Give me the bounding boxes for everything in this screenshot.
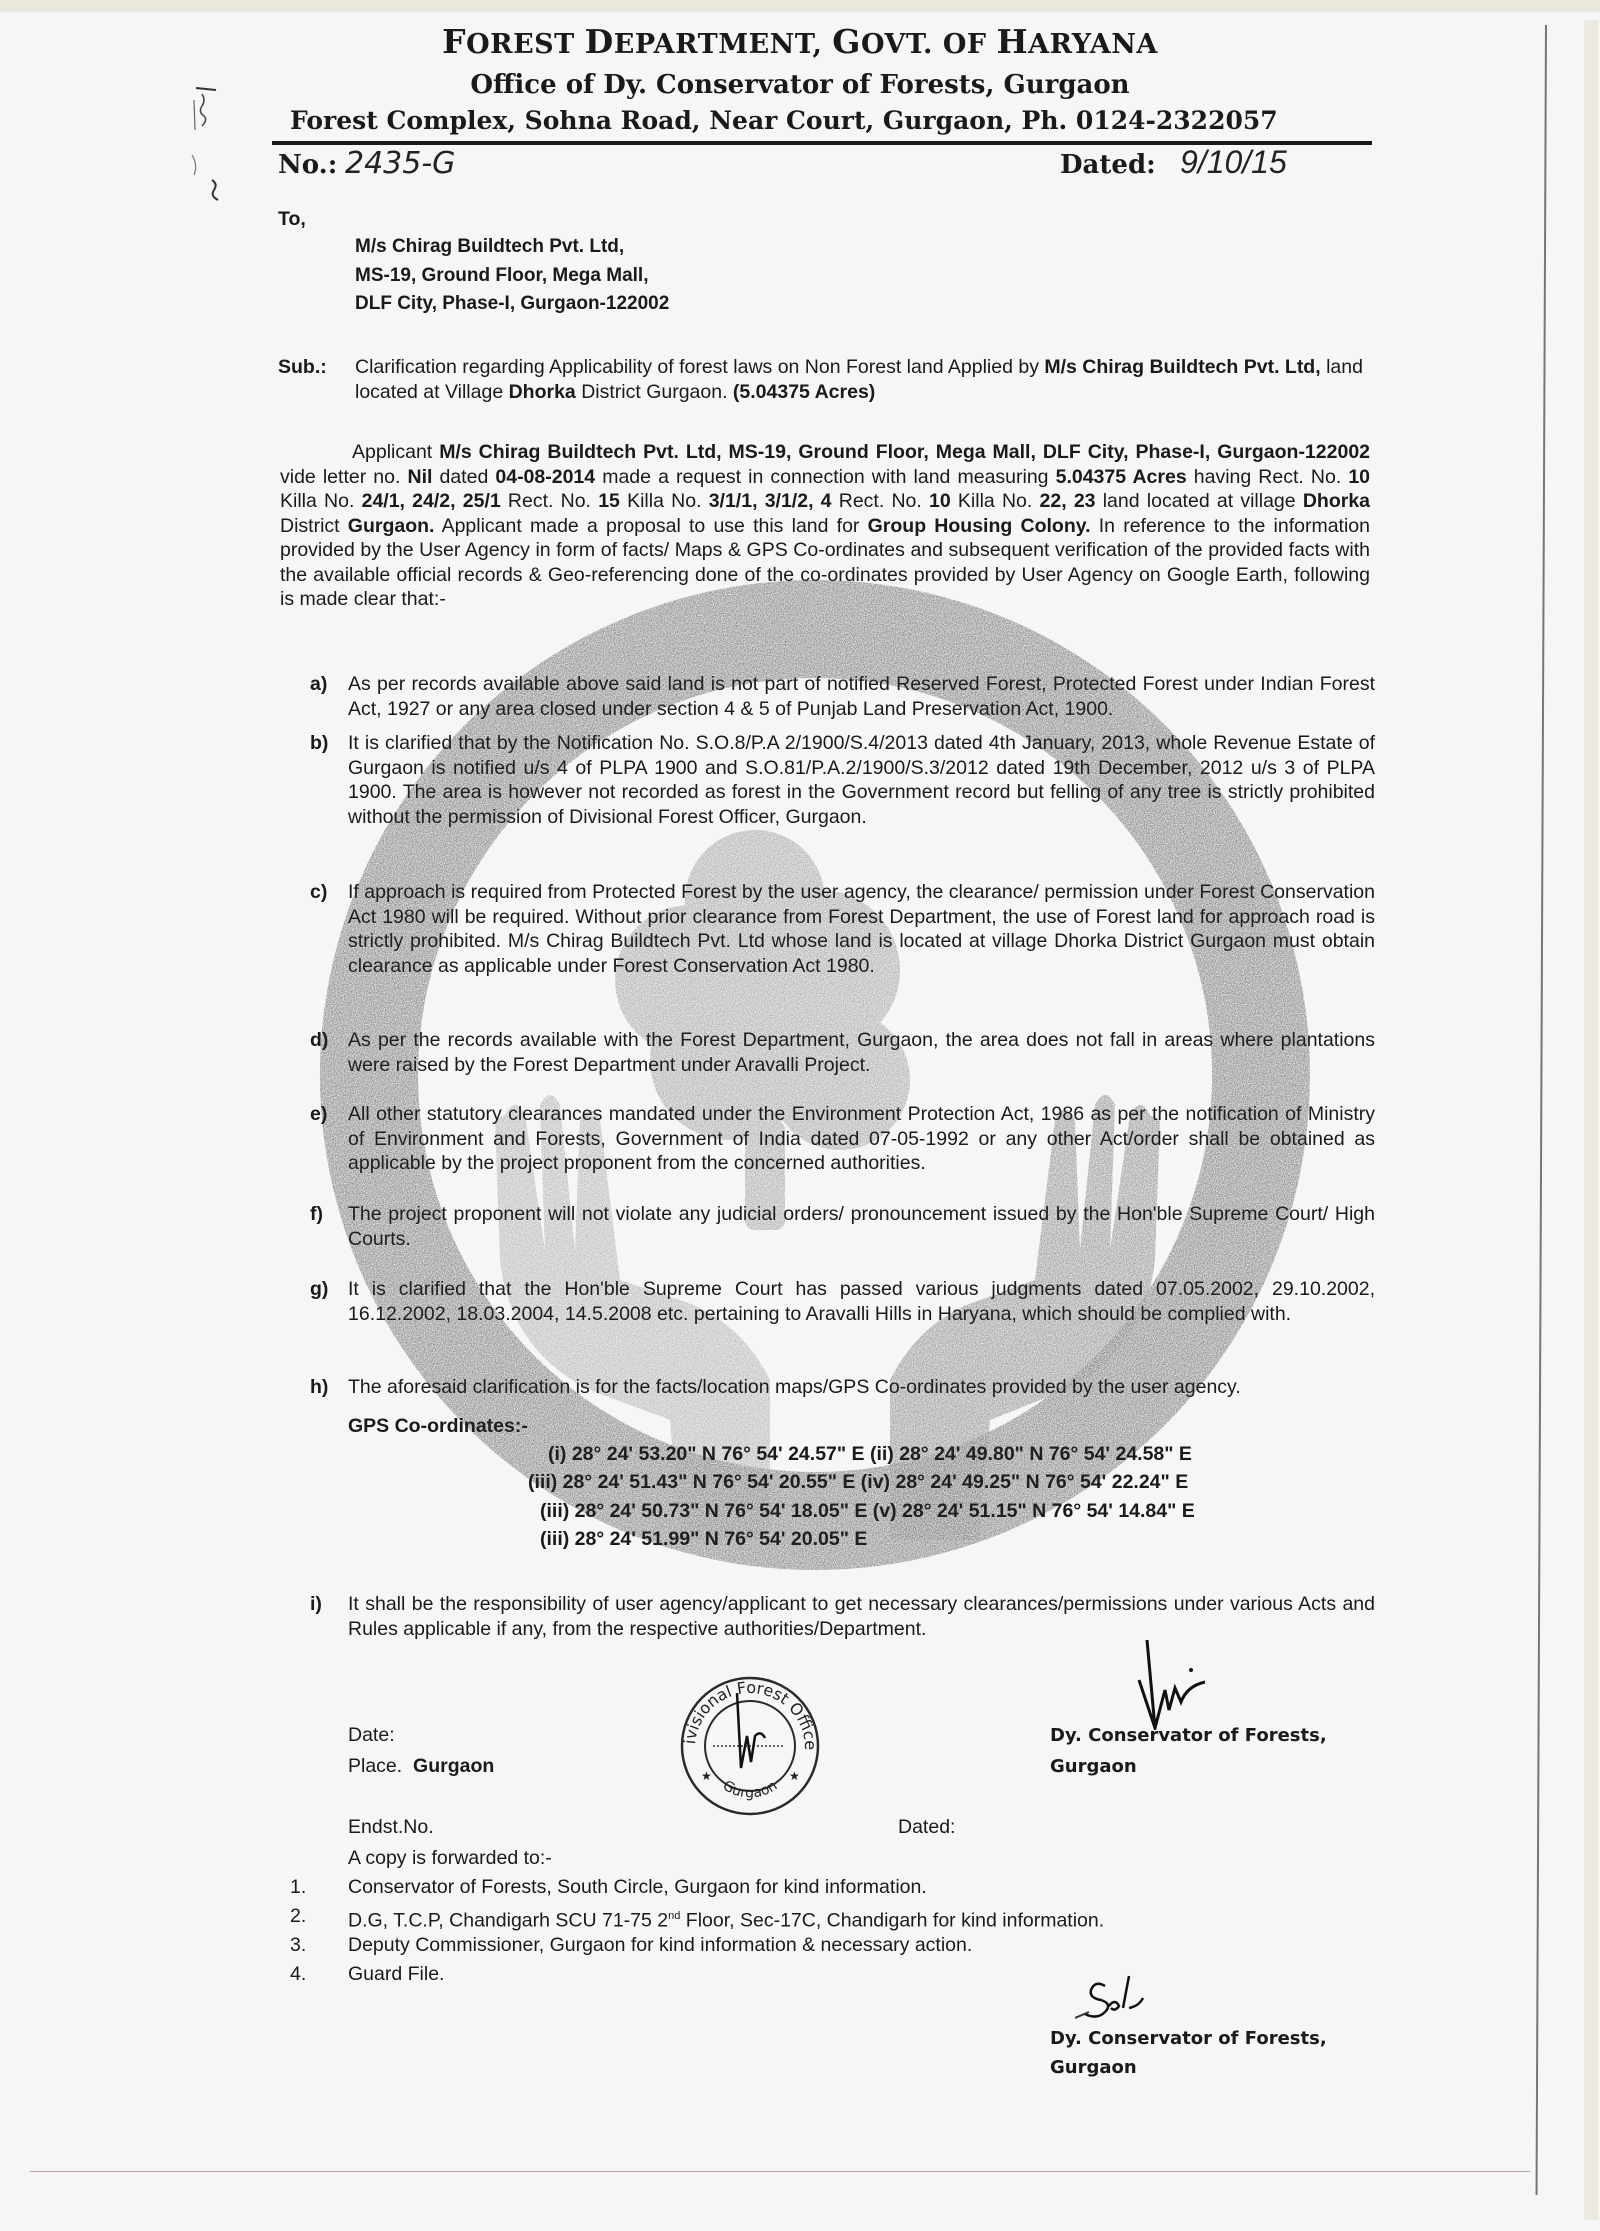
dated-handwritten: 9/10/15 (1180, 144, 1287, 181)
dept-name-cap: H (996, 22, 1028, 61)
gps-row: (i) 28° 24' 53.20" N 76° 54' 24.57" E (i… (548, 1443, 1192, 1466)
paragraph-segment: 10 (929, 490, 951, 512)
clause-c: c)If approach is required from Protected… (310, 880, 1375, 978)
endst-signatory-title: Dy. Conservator of Forests, (1050, 2023, 1327, 2054)
signature-sd (1075, 1972, 1155, 2022)
ref-no-handwritten: 2435-G (345, 146, 455, 181)
paragraph-segment: 10 (1348, 466, 1370, 488)
dept-name-smallcaps: OREST (466, 29, 585, 60)
divisional-forest-officer-stamp: Divisional Forest Officer Gurgaon ★ ★ (675, 1668, 825, 1818)
clause-text: The aforesaid clarification is for the f… (348, 1375, 1375, 1400)
paragraph-segment: Applicant made a proposal to use this la… (434, 515, 867, 537)
page-bottom-line (30, 2171, 1530, 2172)
paragraph-segment: 3/1/1, 3/1/2, 4 (709, 490, 832, 512)
office-address: Forest Complex, Sohna Road, Near Court, … (290, 106, 1278, 135)
clause-label: e) (310, 1102, 327, 1127)
paragraph-segment: Killa No. (951, 490, 1040, 512)
clause-i: i) It shall be the responsibility of use… (310, 1592, 1375, 1641)
paragraph-segment: having Rect. No. (1187, 466, 1349, 488)
clause-h: h)The aforesaid clarification is for the… (310, 1375, 1375, 1400)
svg-text:Gurgaon: Gurgaon (720, 1778, 781, 1802)
date-label: Date: (348, 1720, 395, 1751)
svg-text:★: ★ (789, 1769, 800, 1783)
forward-item: D.G, T.C.P, Chandigarh SCU 71-75 2nd Flo… (348, 1904, 1104, 1934)
subject-label: Sub.: (278, 355, 327, 380)
svg-text:★: ★ (701, 1769, 712, 1783)
clause-label: h) (310, 1375, 328, 1400)
clause-text: It is clarified that the Hon'ble Supreme… (348, 1277, 1375, 1326)
forward-item: Guard File. (348, 1962, 444, 1987)
ref-no-label: No.: (278, 150, 337, 180)
clause-b: b)It is clarified that by the Notificati… (310, 731, 1375, 829)
gps-label: GPS Co-ordinates:- (348, 1415, 528, 1438)
clause-text: It shall be the responsibility of user a… (348, 1592, 1375, 1641)
signature-dcf (1125, 1640, 1225, 1730)
forward-item-number: 1. (290, 1875, 306, 1900)
clause-text: As per the records available with the Fo… (348, 1028, 1375, 1077)
office-name: Office of Dy. Conservator of Forests, Gu… (0, 70, 1600, 100)
subject-village: Dhorka (509, 381, 576, 403)
paragraph-segment: Group Housing Colony. (868, 515, 1091, 537)
department-name: FOREST DEPARTMENT, GOVT. OF HARYANA (0, 22, 1600, 61)
paragraph-segment: 22, 23 (1040, 490, 1096, 512)
clause-label: a) (310, 672, 327, 697)
place-line: Place. Gurgaon (348, 1751, 494, 1782)
recipient-line: MS-19, Ground Floor, Mega Mall, (355, 265, 648, 287)
place-label: Place. (348, 1755, 402, 1777)
paragraph-segment: 15 (598, 490, 620, 512)
place-value: Gurgaon (413, 1755, 494, 1777)
endst-signatory-place: Gurgaon (1050, 2052, 1137, 2083)
gps-row: (iii) 28° 24' 50.73" N 76° 54' 18.05" E … (540, 1500, 1195, 1523)
forward-item-number: 3. (290, 1933, 306, 1958)
paragraph-segment: M/s Chirag Buildtech Pvt. Ltd, MS-19, Gr… (439, 441, 1370, 463)
paragraph-segment: 04-08-2014 (495, 466, 595, 488)
dated-label: Dated: (1060, 150, 1156, 180)
paragraph-segment: Gurgaon. (348, 515, 435, 537)
forward-label: A copy is forwarded to:- (348, 1846, 552, 1871)
clause-label: g) (310, 1277, 328, 1302)
paragraph-segment: Killa No. (280, 490, 362, 512)
dept-name-smallcaps: ARYANA (1028, 29, 1158, 60)
clause-label: i) (310, 1592, 322, 1617)
paragraph-segment: dated (432, 466, 495, 488)
paragraph-segment: Rect. No. (832, 490, 929, 512)
clause-text: The project proponent will not violate a… (348, 1202, 1375, 1251)
clause-text: It is clarified that by the Notification… (348, 731, 1375, 829)
paragraph-segment: made a request in connection with land m… (595, 466, 1055, 488)
subject-applicant: M/s Chirag Buildtech Pvt. Ltd, (1044, 356, 1320, 378)
paragraph-segment: Killa No. (620, 490, 709, 512)
forward-item: Conservator of Forests, South Circle, Gu… (348, 1875, 927, 1900)
scan-border-top (0, 0, 1600, 12)
dept-name-cap: D (585, 22, 614, 61)
paragraph-segment: Nil (407, 466, 432, 488)
forward-item-number: 4. (290, 1962, 306, 1987)
clause-a: a)As per records available above said la… (310, 672, 1375, 721)
clause-label: f) (310, 1202, 323, 1227)
page-edge-line (1536, 25, 1547, 2195)
paragraph-segment: 24/1, 24/2, 25/1 (362, 490, 501, 512)
clause-label: d) (310, 1028, 328, 1053)
clause-text: As per records available above said land… (348, 672, 1375, 721)
gps-row: (iii) 28° 24' 51.99" N 76° 54' 20.05" E (540, 1528, 867, 1551)
subject-part: District Gurgaon. (576, 381, 733, 403)
signatory-place: Gurgaon (1050, 1751, 1137, 1782)
clause-e: e)All other statutory clearances mandate… (310, 1102, 1375, 1176)
paragraph-segment: vide letter no. (280, 466, 407, 488)
clause-f: f)The project proponent will not violate… (310, 1202, 1375, 1251)
paragraph-segment: Applicant (352, 441, 439, 463)
forward-item-number: 2. (290, 1904, 306, 1929)
gps-row: (iii) 28° 24' 51.43" N 76° 54' 20.55" E … (528, 1471, 1188, 1494)
paragraph-segment: 5.04375 Acres (1056, 466, 1187, 488)
clause-d: d)As per the records available with the … (310, 1028, 1375, 1077)
endst-dated-label: Dated: (898, 1812, 955, 1843)
clause-g: g)It is clarified that the Hon'ble Supre… (310, 1277, 1375, 1326)
clause-text: All other statutory clearances mandated … (348, 1102, 1375, 1176)
paragraph-segment: Dhorka (1303, 490, 1370, 512)
dept-name-smallcaps: OVT. OF (861, 29, 997, 60)
dept-name-smallcaps: EPARTMENT, (614, 29, 833, 60)
paragraph-segment: Rect. No. (501, 490, 598, 512)
scan-border-right (1584, 20, 1598, 2220)
recipient-line: DLF City, Phase-I, Gurgaon-122002 (355, 293, 669, 315)
clause-text: If approach is required from Protected F… (348, 880, 1375, 978)
paragraph-segment: land located at village (1096, 490, 1303, 512)
dept-name-cap: F (442, 22, 466, 61)
subject-area: (5.04375 Acres) (733, 381, 875, 403)
forward-item: Deputy Commissioner, Gurgaon for kind in… (348, 1933, 972, 1958)
paragraph-segment: District (280, 515, 348, 537)
subject-part: Clarification regarding Applicability of… (355, 356, 1044, 378)
dept-name-cap: G (832, 22, 861, 61)
intro-paragraph: Applicant M/s Chirag Buildtech Pvt. Ltd,… (280, 440, 1370, 612)
clause-label: b) (310, 731, 328, 756)
to-label: To, (278, 207, 306, 232)
subject-text: Clarification regarding Applicability of… (355, 355, 1370, 405)
endst-no-label: Endst.No. (348, 1812, 434, 1843)
clause-label: c) (310, 880, 327, 905)
recipient-line: M/s Chirag Buildtech Pvt. Ltd, (355, 236, 624, 258)
signatory-title: Dy. Conservator of Forests, (1050, 1720, 1327, 1751)
